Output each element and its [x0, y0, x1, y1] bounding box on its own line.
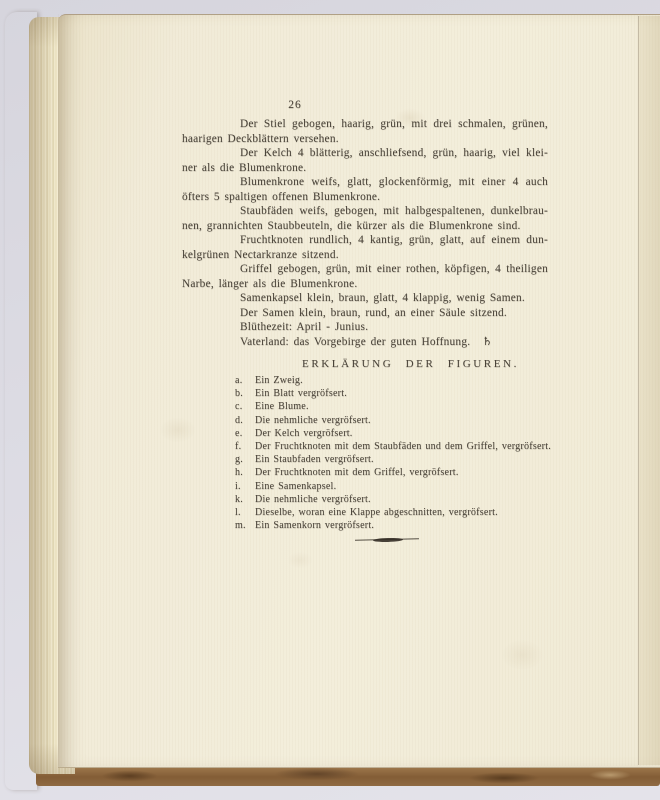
figure-text: Eine Samenkapsel. [255, 481, 336, 492]
figure-text: Die nehmliche vergröfsert. [255, 494, 371, 505]
figure-text: Eine Blume. [255, 401, 309, 412]
figure-text: Ein Samenkorn vergröfsert. [255, 520, 374, 531]
figure-text: Dieselbe, woran eine Klappe abgeschnitte… [255, 507, 498, 518]
figure-text: Ein Zweig. [255, 375, 303, 386]
paragraph-line: Blüthezeit: April - Junius. [182, 320, 548, 335]
paragraph-line: kelgrünen Nectarkranze sitzend. [182, 248, 548, 263]
book-photo: 26 Der Stiel gebogen, haarig, grün, mit … [0, 0, 660, 800]
figure-item: d.Die nehmliche vergröfsert. [235, 414, 565, 427]
figure-letter: e. [235, 427, 255, 440]
printed-text: 26 Der Stiel gebogen, haarig, grün, mit … [0, 0, 660, 800]
figure-item: l.Dieselbe, woran eine Klappe abgeschnit… [235, 506, 565, 519]
divider-lens [373, 537, 403, 542]
paragraph-line: Griffel gebogen, grün, mit einer rothen,… [182, 262, 548, 277]
figure-text: Die nehmliche vergröfsert. [255, 415, 371, 426]
paragraph-line: Der Stiel gebogen, haarig, grün, mit dre… [182, 117, 548, 132]
figure-letter: h. [235, 466, 255, 479]
figure-letter: b. [235, 387, 255, 400]
section-divider-rule [355, 536, 419, 544]
figure-letter: g. [235, 453, 255, 466]
page-number: 26 [240, 99, 350, 111]
figure-item: c.Eine Blume. [235, 400, 565, 413]
figure-text: Ein Blatt vergröfsert. [255, 388, 347, 399]
figures-list: a.Ein Zweig.b.Ein Blatt vergröfsert.c.Ei… [235, 374, 565, 532]
figure-text: Der Kelch vergröfsert. [255, 428, 353, 439]
paragraph-line: Staubfäden weifs, gebogen, mit halbgespa… [182, 204, 548, 219]
description-paragraphs: Der Stiel gebogen, haarig, grün, mit dre… [182, 117, 548, 349]
figure-item: m.Ein Samenkorn vergröfsert. [235, 519, 565, 532]
figure-text: Der Fruchtknoten mit dem Staubfäden und … [255, 441, 551, 452]
figure-item: b.Ein Blatt vergröfsert. [235, 387, 565, 400]
figure-item: e.Der Kelch vergröfsert. [235, 427, 565, 440]
figure-letter: i. [235, 480, 255, 493]
paragraph-line: nen, grannichten Staubbeuteln, die kürze… [182, 219, 548, 234]
figure-item: a.Ein Zweig. [235, 374, 565, 387]
paragraph-line: ner als die Blumenkrone. [182, 161, 548, 176]
figure-text: Der Fruchtknoten mit dem Griffel, vergrö… [255, 467, 459, 478]
figure-item: i.Eine Samenkapsel. [235, 480, 565, 493]
paragraph-line: Vaterland: das Vorgebirge der guten Hoff… [182, 335, 548, 350]
figure-text: Ein Staubfaden vergröfsert. [255, 454, 374, 465]
paragraph-line: haarigen Deckblättern versehen. [182, 132, 548, 147]
figure-item: g.Ein Staubfaden vergröfsert. [235, 453, 565, 466]
figure-letter: k. [235, 493, 255, 506]
figure-letter: c. [235, 400, 255, 413]
figure-letter: a. [235, 374, 255, 387]
paragraph-line: Blumenkrone weifs, glatt, glockenförmig,… [182, 175, 548, 190]
figure-letter: m. [235, 519, 255, 532]
figure-letter: f. [235, 440, 255, 453]
figure-item: f.Der Fruchtknoten mit dem Staubfäden un… [235, 440, 565, 453]
figure-letter: d. [235, 414, 255, 427]
figures-heading: ERKLÄRUNG DER FIGUREN. [302, 358, 519, 370]
figure-item: k.Die nehmliche vergröfsert. [235, 493, 565, 506]
paragraph-line: öfters 5 spaltigen offenen Blumenkrone. [182, 190, 548, 205]
paragraph-line: Fruchtknoten rundlich, 4 kantig, grün, g… [182, 233, 548, 248]
paragraph-line: Der Kelch 4 blätterig, anschliefsend, gr… [182, 146, 548, 161]
paragraph-line: Der Samen klein, braun, rund, an einer S… [182, 306, 548, 321]
paragraph-line: Narbe, länger als die Blumenkrone. [182, 277, 548, 292]
figure-item: h.Der Fruchtknoten mit dem Griffel, verg… [235, 466, 565, 479]
paragraph-line: Samenkapsel klein, braun, glatt, 4 klapp… [182, 291, 548, 306]
figure-letter: l. [235, 506, 255, 519]
